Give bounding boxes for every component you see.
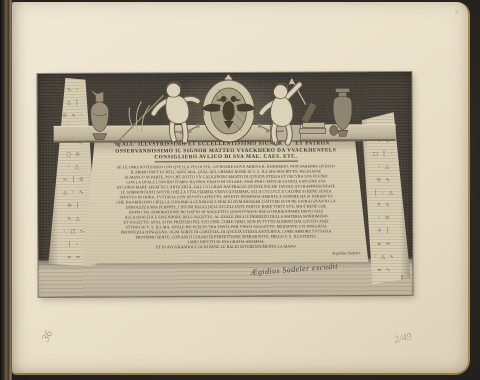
collector-pencil-mark: 36 <box>40 328 56 343</box>
photo-background: ∿ ◦ △ │ ⊙ ∿ ◦ │ □ ∿ ◦ △ □ ⊙ ◦ △ ∿ │ ⊙ △ … <box>0 0 480 380</box>
dedication-header-underline: CONSIGLIERO AVLICO DI SVA MAE. CAES. ETC… <box>154 154 297 162</box>
etching-plate: ∿ ◦ △ │ ⊙ ∿ ◦ │ □ ∿ ◦ △ □ ⊙ ◦ △ ∿ │ ⊙ △ … <box>37 72 412 297</box>
plate-number: 1 <box>400 275 403 281</box>
dedication-text: ALL' ILLVSTRISSIMO ET ECCELLENTISSIMO SI… <box>82 140 371 256</box>
dedication-body: SE LE OPRE POTESSERO CON QVELLA VELOCITÀ… <box>82 163 370 250</box>
book-binding-edge <box>0 0 12 380</box>
dedication-body-line: ET IO AVGVRANDOLE OGNI BENE LE BACIO RIV… <box>88 243 365 249</box>
dedication-header-line: CONSIGLIERO AVLICO DI SVA MAE. CAES. ETC… <box>82 153 370 161</box>
collector-pencil-mark: 2 <box>455 10 458 16</box>
ewer-vase <box>90 90 111 140</box>
reeds-and-staff <box>114 95 164 147</box>
album-page: ∿ ◦ △ │ ⊙ ∿ ◦ │ □ ∿ ◦ △ □ ⊙ ◦ △ ∿ │ ⊙ △ … <box>12 2 470 375</box>
collector-pencil-mark: 2/49 <box>393 331 413 345</box>
